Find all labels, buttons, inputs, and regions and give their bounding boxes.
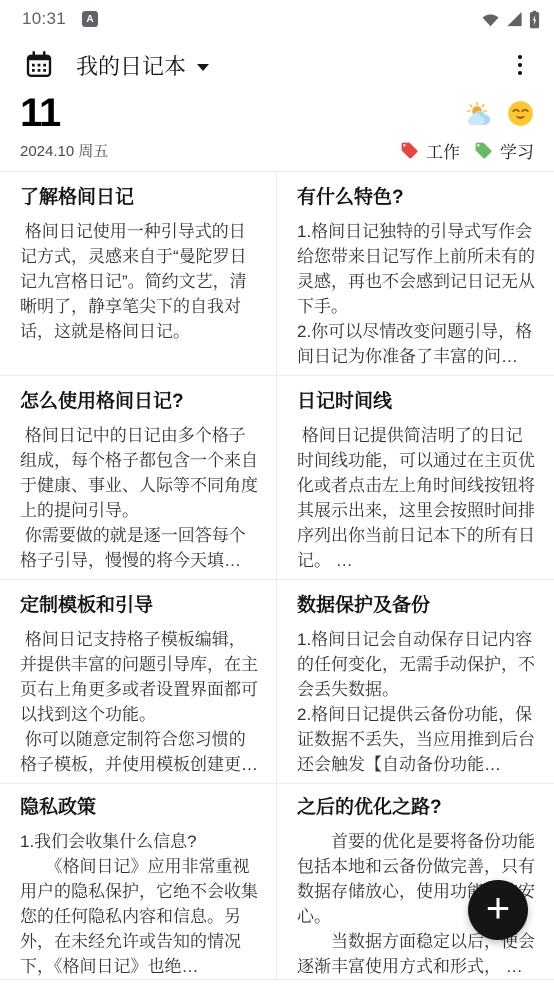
battery-charging-icon bbox=[529, 10, 540, 29]
diary-grid: 了解格间日记 格间日记使用一种引导式的日记方式，灵感来自于“曼陀罗日记九宫格日记… bbox=[0, 171, 554, 980]
grid-cell-roadmap[interactable]: 之后的优化之路? 首要的优化是要将备份功能包括本地和云备份做完善，只有数据存储放… bbox=[277, 784, 554, 980]
card-title: 有什么特色? bbox=[297, 186, 537, 210]
card-body: 1.格间日记独特的引导式写作会给您带来日记写作上前所未有的灵感，再也不会感到记日… bbox=[297, 219, 537, 369]
grid-cell-about[interactable]: 了解格间日记 格间日记使用一种引导式的日记方式，灵感来自于“曼陀罗日记九宫格日记… bbox=[0, 172, 277, 376]
card-title: 定制模板和引导 bbox=[20, 594, 259, 618]
wifi-icon bbox=[481, 11, 500, 27]
notebook-dropdown-arrow-icon[interactable] bbox=[197, 64, 209, 71]
day-row: 11 bbox=[0, 88, 554, 134]
tag-label: 学习 bbox=[500, 138, 534, 163]
cellular-signal-icon bbox=[505, 11, 524, 27]
smiling-face-icon[interactable] bbox=[507, 100, 534, 127]
tag-work[interactable]: 工作 bbox=[400, 138, 460, 163]
grid-cell-backup[interactable]: 数据保护及备份 1.格间日记会自动保存日记内容的任何变化，无需手动保护，不会丢失… bbox=[277, 580, 554, 784]
tag-study[interactable]: 学习 bbox=[474, 138, 534, 163]
add-diary-fab[interactable]: + bbox=[468, 880, 528, 940]
notification-app-icon: A bbox=[82, 11, 98, 27]
card-body: 格间日记支持格子模板编辑，并提供丰富的问题引导库，在主页右上角更多或者设置界面都… bbox=[20, 627, 259, 777]
card-title: 了解格间日记 bbox=[20, 186, 259, 210]
card-title: 怎么使用格间日记? bbox=[20, 390, 259, 414]
grid-cell-features[interactable]: 有什么特色? 1.格间日记独特的引导式写作会给您带来日记写作上前所未有的灵感，再… bbox=[277, 172, 554, 376]
date-text: 2024.10 周五 bbox=[20, 140, 108, 161]
app-header: 我的日记本 bbox=[0, 42, 554, 88]
card-title: 数据保护及备份 bbox=[297, 594, 537, 618]
date-row: 2024.10 周五 工作 学习 bbox=[0, 134, 554, 173]
tag-icon bbox=[476, 143, 492, 159]
clock-text: 10:31 bbox=[22, 9, 66, 29]
card-title: 隐私政策 bbox=[20, 796, 259, 820]
card-body: 格间日记使用一种引导式的日记方式，灵感来自于“曼陀罗日记九宫格日记”。简约文艺，… bbox=[20, 219, 259, 344]
grid-cell-templates[interactable]: 定制模板和引导 格间日记支持格子模板编辑，并提供丰富的问题引导库，在主页右上角更… bbox=[0, 580, 277, 784]
calendar-icon[interactable] bbox=[24, 50, 54, 80]
tag-icon bbox=[402, 143, 418, 159]
card-title: 日记时间线 bbox=[297, 390, 537, 414]
grid-cell-timeline[interactable]: 日记时间线 格间日记提供简洁明了的日记时间线功能，可以通过在主页优化或者点击左上… bbox=[277, 376, 554, 580]
card-body: 格间日记提供简洁明了的日记时间线功能，可以通过在主页优化或者点击左上角时间线按钮… bbox=[297, 423, 537, 573]
kebab-menu-icon[interactable] bbox=[516, 51, 525, 80]
card-body: 1.格间日记会自动保存日记内容的任何变化，无需手动保护，不会丢失数据。 2.格间… bbox=[297, 627, 537, 777]
card-body: 格间日记中的日记由多个格子组成，每个格子都包含一个来自于健康、事业、人际等不同角… bbox=[20, 423, 259, 573]
notebook-title[interactable]: 我的日记本 bbox=[76, 50, 186, 81]
day-number: 11 bbox=[20, 92, 60, 134]
tag-label: 工作 bbox=[426, 138, 460, 163]
status-bar: 10:31 A bbox=[0, 0, 554, 36]
card-title: 之后的优化之路? bbox=[297, 796, 537, 820]
sun-behind-cloud-icon[interactable] bbox=[465, 101, 495, 127]
grid-cell-how-to-use[interactable]: 怎么使用格间日记? 格间日记中的日记由多个格子组成，每个格子都包含一个来自于健康… bbox=[0, 376, 277, 580]
grid-cell-privacy[interactable]: 隐私政策 1.我们会收集什么信息? 《格间日记》应用非常重视用户的隐私保护，它绝… bbox=[0, 784, 277, 980]
tag-list: 工作 学习 bbox=[400, 138, 534, 163]
card-body: 1.我们会收集什么信息? 《格间日记》应用非常重视用户的隐私保护，它绝不会收集您… bbox=[20, 829, 259, 979]
